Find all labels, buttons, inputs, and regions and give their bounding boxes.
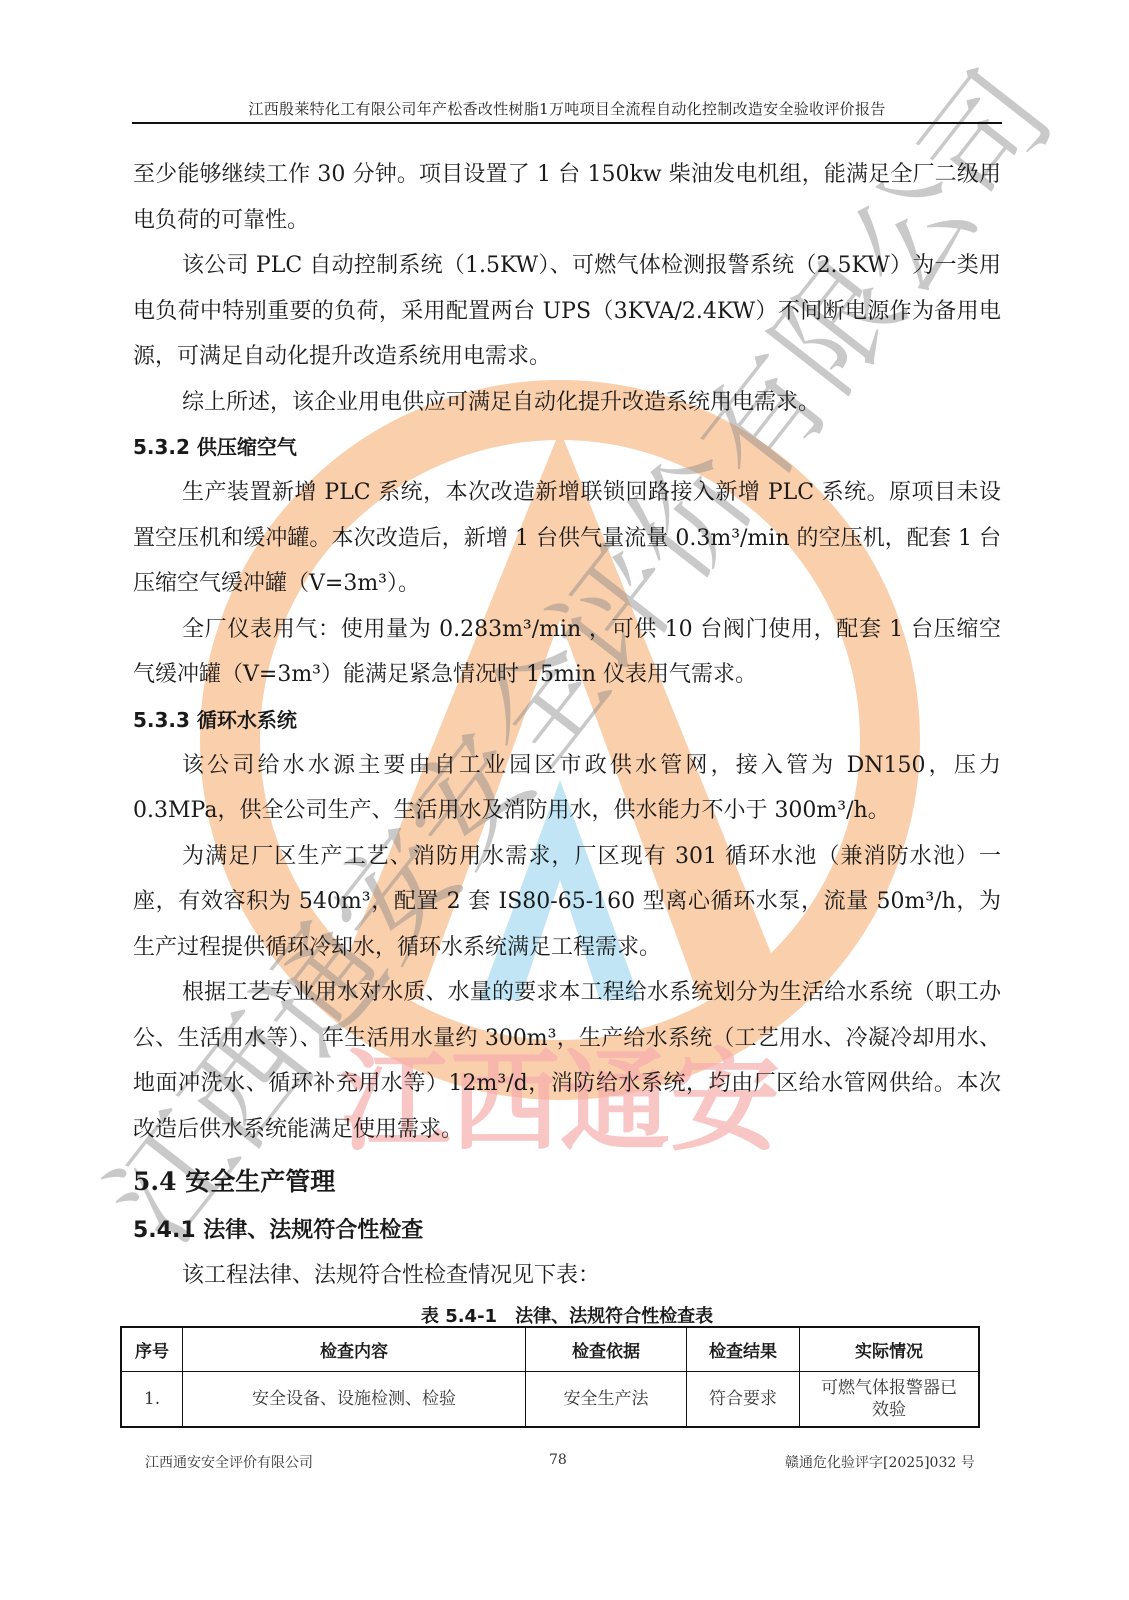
cell-basis: 安全生产法 bbox=[526, 1372, 687, 1428]
cell-index: 1. bbox=[121, 1372, 183, 1428]
running-header: 江西殷莱特化工有限公司年产松香改性树脂1万吨项目全流程自动化控制改造安全验收评价… bbox=[132, 98, 1002, 119]
cell-content: 安全设备、设施检测、检验 bbox=[183, 1372, 526, 1428]
document-body: 至少能够继续工作 30 分钟。项目设置了 1 台 150kw 柴油发电机组，能满… bbox=[133, 152, 1001, 1335]
paragraph-circulating-pool: 为满足厂区生产工艺、消防用水需求，厂区现有 301 循环水池（兼消防水池）一座，… bbox=[133, 834, 1001, 971]
paragraph-water-systems: 根据工艺专业用水对水质、水量的要求本工程给水系统划分为生活给水系统（职工办公、生… bbox=[133, 970, 1001, 1152]
heading-5-3-3: 5.3.3 循环水系统 bbox=[133, 698, 1001, 743]
heading-5-4: 5.4 安全生产管理 bbox=[133, 1156, 1001, 1208]
table-row: 1. 安全设备、设施检测、检验 安全生产法 符合要求 可燃气体报警器已效验 bbox=[121, 1372, 979, 1428]
table-header-row: 序号 检查内容 检查依据 检查结果 实际情况 bbox=[121, 1327, 979, 1372]
paragraph-instrument-air: 全厂仪表用气：使用量为 0.283m³/min ，可供 10 台阀门使用，配套 … bbox=[133, 607, 1001, 698]
paragraph-table-intro: 该工程法律、法规符合性检查情况见下表： bbox=[133, 1253, 1001, 1299]
paragraph-water-source: 该公司给水水源主要由自工业园区市政供水管网，接入管为 DN150，压力 0.3M… bbox=[133, 743, 1001, 834]
footer-company: 江西通安安全评价有限公司 bbox=[145, 1452, 313, 1472]
compliance-table: 序号 检查内容 检查依据 检查结果 实际情况 1. 安全设备、设施检测、检验 安… bbox=[120, 1326, 980, 1428]
cell-actual: 可燃气体报警器已效验 bbox=[800, 1372, 980, 1428]
heading-5-4-1: 5.4.1 法律、法规符合性检查 bbox=[133, 1208, 1001, 1253]
footer-page-number: 78 bbox=[549, 1452, 567, 1468]
footer-doc-number: 赣通危化验评字[2025]032 号 bbox=[785, 1452, 975, 1472]
paragraph-backup-power: 至少能够继续工作 30 分钟。项目设置了 1 台 150kw 柴油发电机组，能满… bbox=[133, 152, 1001, 243]
col-header-content: 检查内容 bbox=[183, 1327, 526, 1372]
paragraph-compressed-air: 生产装置新增 PLC 系统，本次改造新增联锁回路接入新增 PLC 系统。原项目未… bbox=[133, 470, 1001, 607]
col-header-actual: 实际情况 bbox=[800, 1327, 980, 1372]
col-header-index: 序号 bbox=[121, 1327, 183, 1372]
col-header-result: 检查结果 bbox=[687, 1327, 800, 1372]
col-header-basis: 检查依据 bbox=[526, 1327, 687, 1372]
paragraph-summary-power: 综上所述，该企业用电供应可满足自动化提升改造系统用电需求。 bbox=[133, 380, 1001, 426]
header-rule bbox=[132, 122, 1002, 124]
paragraph-ups: 该公司 PLC 自动控制系统（1.5KW）、可燃气体检测报警系统（2.5KW）为… bbox=[133, 243, 1001, 380]
cell-result: 符合要求 bbox=[687, 1372, 800, 1428]
heading-5-3-2: 5.3.2 供压缩空气 bbox=[133, 425, 1001, 470]
